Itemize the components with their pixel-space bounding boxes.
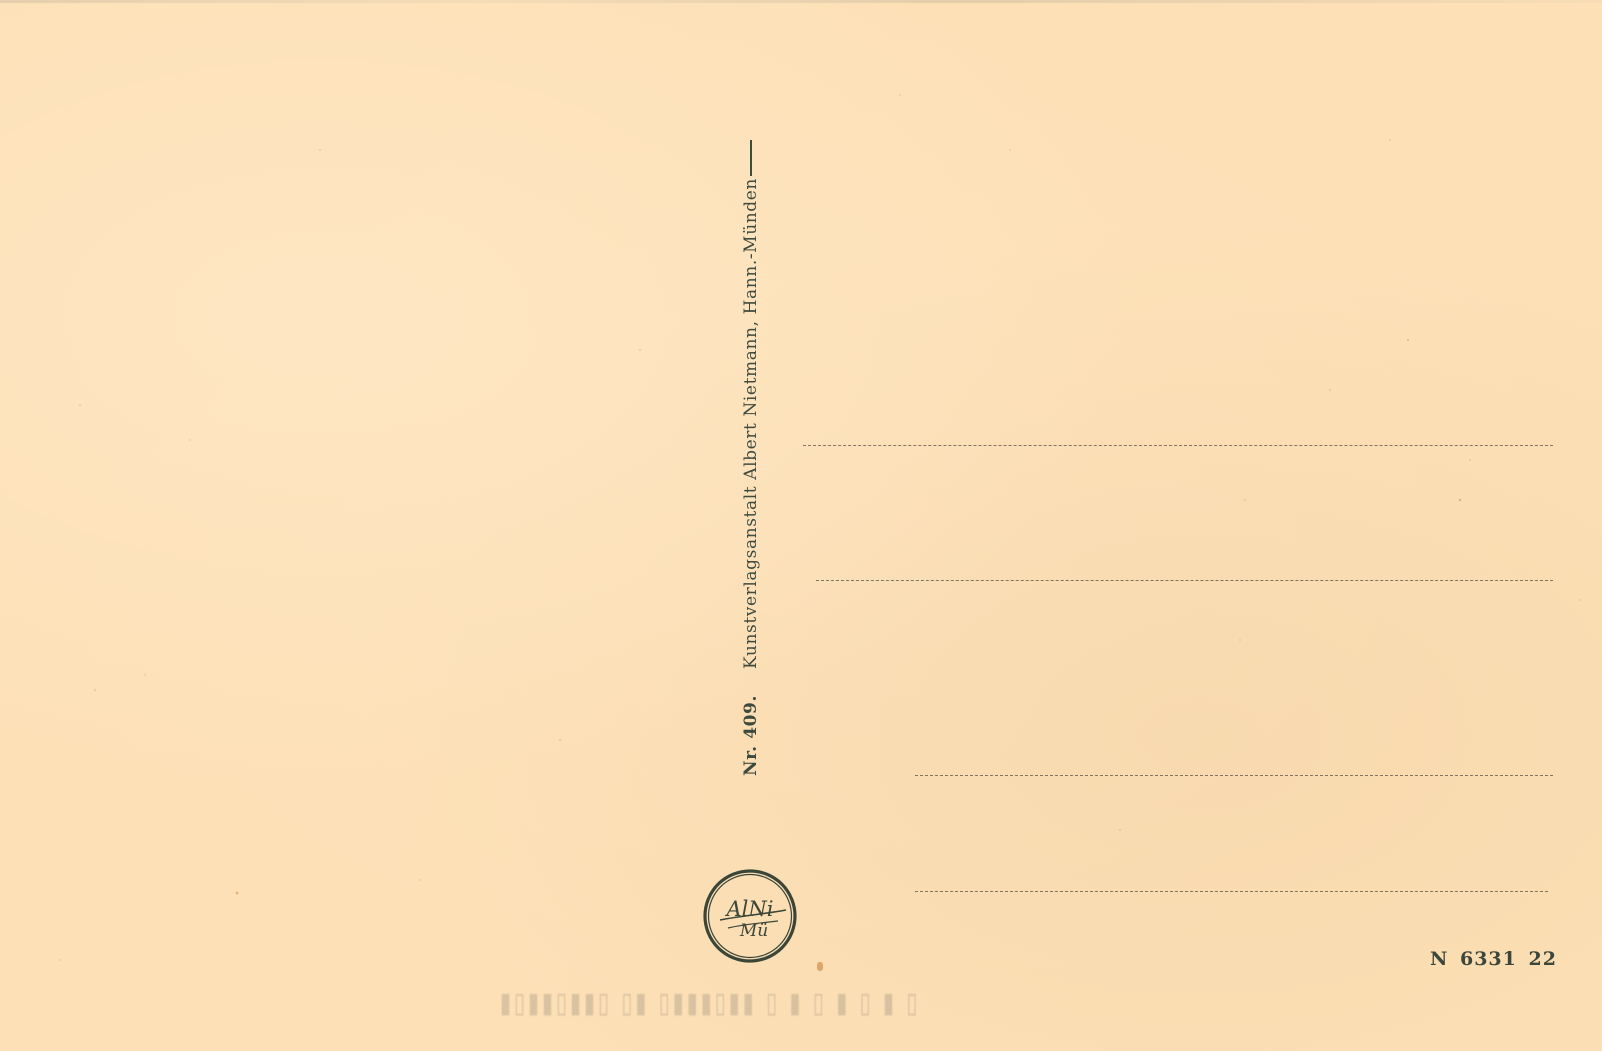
show-through-text: ▮▯▮▮▯▮▮▯ ▯▮ ▯▮▮▮▯▮▮ ▯ ▮ ▯ ▮ ▯ ▮ ▯ bbox=[500, 985, 920, 1019]
address-line-1 bbox=[803, 445, 1553, 446]
paper-stain bbox=[817, 962, 823, 971]
address-line-3 bbox=[915, 775, 1553, 776]
address-line-2 bbox=[816, 580, 1553, 581]
paper-texture bbox=[0, 0, 1602, 1051]
imprint-rule bbox=[750, 140, 752, 176]
publisher-logo-icon: AlNi Mü bbox=[700, 866, 800, 966]
logo-monogram-top: AlNi bbox=[725, 897, 774, 921]
address-line-4 bbox=[915, 891, 1548, 892]
card-top-edge bbox=[0, 0, 1602, 3]
card-number: Nr. 409. bbox=[741, 695, 761, 776]
serial-code: N 6331 22 bbox=[1430, 948, 1557, 970]
postcard-back: Nr. 409. Kunstverlagsanstalt Albert Niet… bbox=[0, 0, 1602, 1051]
logo-monogram-bottom: Mü bbox=[739, 921, 768, 941]
publisher-name: Kunstverlagsanstalt Albert Nietmann, Han… bbox=[741, 178, 761, 669]
